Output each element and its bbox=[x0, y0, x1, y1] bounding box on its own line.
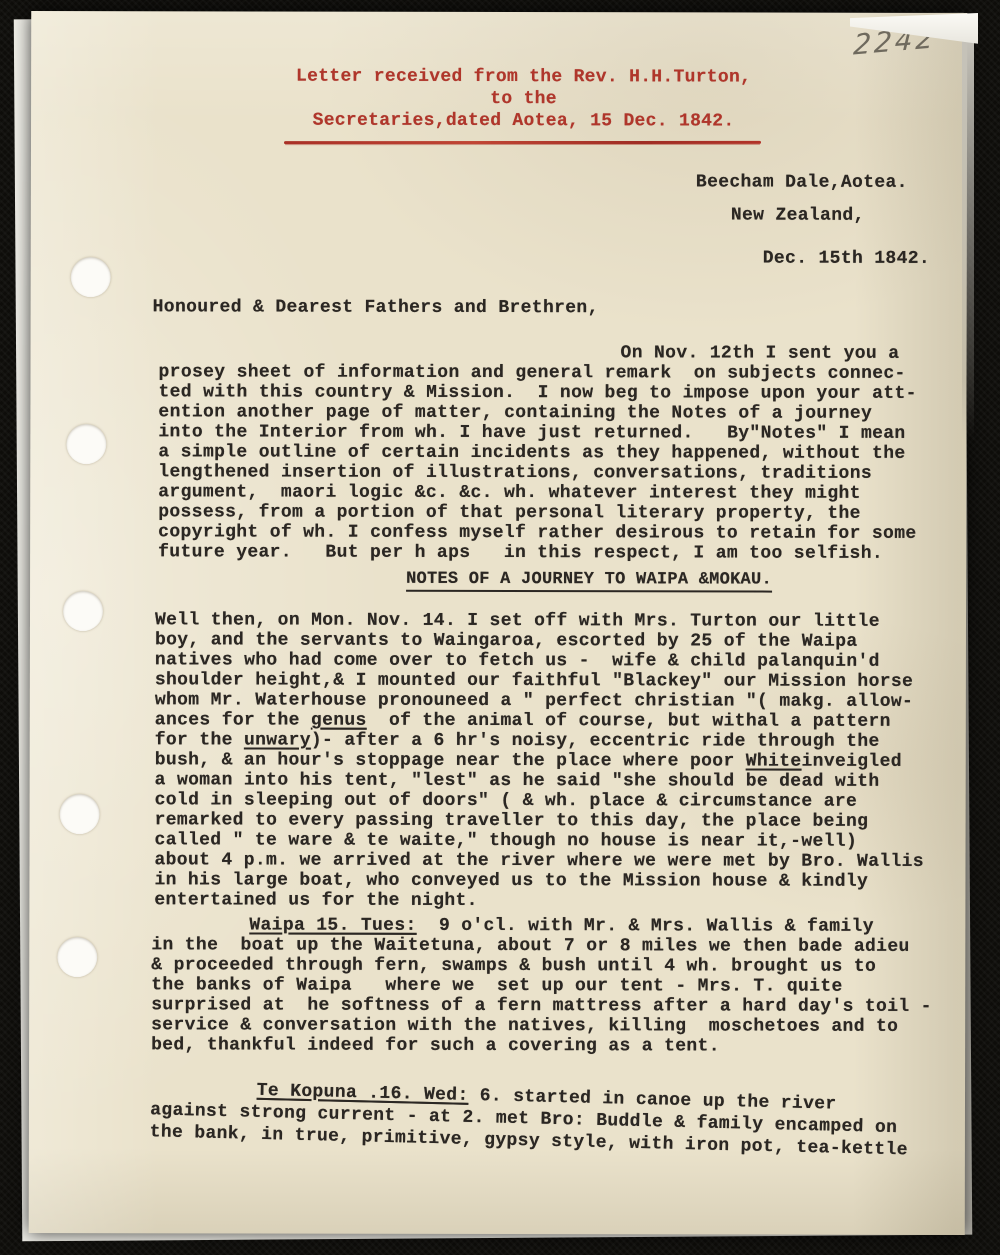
text-segment: possess, from a portion of that personal… bbox=[158, 502, 861, 523]
text-segment: whom Mr. Waterhouse pronouneed a " perfe… bbox=[155, 690, 913, 712]
text-segment: shoulder height,& I mounted our faithful… bbox=[155, 670, 913, 692]
header-line: Secretaries,dated Aotea, 15 Dec. 1842. bbox=[131, 110, 916, 133]
text-line: future year. But per h aps in this respe… bbox=[158, 542, 916, 564]
paragraph-te-kopuna-wednesday: Te Kopuna .16. Wed: 6. started in canoe … bbox=[149, 1077, 909, 1161]
text-segment: bed, thankful indeed for such a covering… bbox=[151, 1035, 720, 1056]
text-segment: ention another page of matter, containin… bbox=[158, 402, 872, 423]
text-line: shoulder height,& I mounted our faithful… bbox=[155, 670, 925, 692]
underlined-text: White bbox=[746, 752, 802, 772]
text-segment: )- after a 6 hr's noisy, eccentric ride … bbox=[311, 731, 880, 752]
dateline-date: Dec. 15th 1842. bbox=[763, 249, 930, 269]
text-line: prosey sheet of information and general … bbox=[159, 362, 917, 384]
text-segment: remarked to every passing traveller to t… bbox=[155, 810, 869, 831]
punch-hole bbox=[57, 937, 97, 977]
text-line: Well then, on Mon. Nov. 14. I set off wi… bbox=[155, 610, 925, 632]
text-line: argument, maori logic &c. &c. wh. whatev… bbox=[158, 482, 916, 504]
letter-header: Letter received from the Rev. H.H.Turton… bbox=[131, 66, 916, 133]
letter-page: 2242 Letter received from the Rev. H.H.T… bbox=[29, 11, 968, 1235]
text-line: a woman into his tent, "lest" as he said… bbox=[155, 770, 925, 792]
paragraph-introduction: On Nov. 12th I sent you aprosey sheet of… bbox=[158, 342, 917, 564]
text-segment: a simple outline of certain incidents as… bbox=[158, 442, 905, 464]
header-rule bbox=[284, 141, 761, 144]
text-line: remarked to every passing traveller to t… bbox=[155, 810, 925, 832]
text-segment: ances for the bbox=[155, 710, 311, 730]
punch-hole bbox=[66, 424, 106, 464]
underlined-text: unwary bbox=[244, 730, 311, 750]
text-line: for the unwary)- after a 6 hr's noisy, e… bbox=[155, 730, 925, 752]
text-line: & proceeded through fern, swamps & bush … bbox=[151, 955, 932, 977]
header-line: Letter received from the Rev. H.H.Turton… bbox=[131, 66, 916, 89]
punch-hole bbox=[63, 591, 103, 631]
text-line: On Nov. 12th I sent you a bbox=[159, 342, 917, 364]
text-line: in his large boat, who conveyed us to th… bbox=[154, 870, 924, 892]
text-segment: about 4 p.m. we arrived at the river whe… bbox=[154, 850, 924, 872]
text-segment: cold in sleeping out of doors" ( & wh. p… bbox=[155, 790, 858, 811]
text-line: into the Interior from wh. I have just r… bbox=[158, 422, 916, 444]
text-line: copyright of wh. I confess myself rather… bbox=[158, 522, 916, 544]
text-line: ances for the genus of the animal of cou… bbox=[155, 710, 925, 732]
punch-hole bbox=[71, 257, 111, 297]
text-line: whom Mr. Waterhouse pronouneed a " perfe… bbox=[155, 690, 925, 712]
text-line: surprised at he softness of a fern mattr… bbox=[151, 995, 932, 1017]
header-line: to the bbox=[131, 88, 916, 111]
punch-hole bbox=[60, 794, 100, 834]
text-segment: the banks of Waipa where we set up our t… bbox=[151, 975, 842, 996]
text-segment: bush, & an hour's stoppage near the plac… bbox=[155, 750, 746, 771]
text-segment: & proceeded through fern, swamps & bush … bbox=[151, 955, 876, 977]
text-line: the banks of Waipa where we set up our t… bbox=[151, 975, 932, 997]
text-segment: in the boat up the Waitetuna, about 7 or… bbox=[151, 935, 909, 957]
text-line: called " te ware & te waite," though no … bbox=[155, 830, 925, 852]
text-line: boy, and the servants to Waingaroa, esco… bbox=[155, 630, 925, 652]
text-line: Waipa 15. Tues: 9 o'cl. with Mr. & Mrs. … bbox=[151, 915, 932, 937]
text-segment: 9 o'cl. with Mr. & Mrs. Wallis & family bbox=[417, 916, 874, 937]
text-line: entertained us for the night. bbox=[154, 890, 924, 912]
text-segment: of the animal of course, but withal a pa… bbox=[367, 711, 891, 732]
text-segment: called " te ware & te waite," though no … bbox=[155, 830, 858, 851]
text-segment: service & conversation with the natives,… bbox=[151, 1015, 898, 1037]
salutation: Honoured & Dearest Fathers and Brethren, bbox=[153, 297, 599, 318]
text-segment: surprised at he softness of a fern mattr… bbox=[151, 995, 932, 1017]
section-heading: NOTES OF A JOURNEY TO WAIPA &MOKAU. bbox=[406, 570, 772, 593]
text-segment: prosey sheet of information and general … bbox=[159, 362, 906, 384]
text-line: service & conversation with the natives,… bbox=[151, 1015, 932, 1037]
text-line: possess, from a portion of that personal… bbox=[158, 502, 916, 524]
text-segment: On Nov. 12th I sent you a bbox=[621, 343, 900, 364]
text-segment: argument, maori logic &c. &c. wh. whatev… bbox=[158, 482, 861, 503]
text-line: natives who had come over to fetch us - … bbox=[155, 650, 925, 672]
text-line: ention another page of matter, containin… bbox=[158, 402, 916, 424]
text-segment: future year. But per h aps in this respe… bbox=[158, 542, 883, 564]
paragraph-journey-start: Well then, on Mon. Nov. 14. I set off wi… bbox=[154, 610, 924, 912]
text-line: bush, & an hour's stoppage near the plac… bbox=[155, 750, 925, 772]
text-line: in the boat up the Waitetuna, about 7 or… bbox=[151, 935, 932, 957]
paragraph-waipa-tuesday: Waipa 15. Tues: 9 o'cl. with Mr. & Mrs. … bbox=[151, 915, 932, 1057]
text-segment: a woman into his tent, "lest" as he said… bbox=[155, 770, 880, 792]
text-segment: inveigled bbox=[802, 752, 902, 772]
text-segment: copyright of wh. I confess myself rather… bbox=[158, 522, 916, 544]
text-segment: entertained us for the night. bbox=[154, 890, 477, 911]
dateline-place: Beecham Dale,Aotea. bbox=[696, 172, 908, 192]
text-segment: ted with this country & Mission. I now b… bbox=[158, 382, 916, 404]
dateline-country: New Zealand, bbox=[731, 205, 865, 225]
text-line: bed, thankful indeed for such a covering… bbox=[151, 1035, 932, 1057]
text-segment: into the Interior from wh. I have just r… bbox=[158, 422, 905, 444]
text-segment: for the bbox=[155, 730, 244, 750]
text-line: about 4 p.m. we arrived at the river whe… bbox=[154, 850, 924, 872]
text-segment: natives who had come over to fetch us - … bbox=[155, 650, 880, 672]
text-segment: in his large boat, who conveyed us to th… bbox=[154, 870, 868, 891]
text-segment: boy, and the servants to Waingaroa, esco… bbox=[155, 630, 858, 651]
underlined-text: Waipa 15. Tues: bbox=[249, 915, 416, 935]
text-line: cold in sleeping out of doors" ( & wh. p… bbox=[155, 790, 925, 812]
text-line: lengthened insertion of illustrations, c… bbox=[158, 462, 916, 484]
text-segment: Well then, on Mon. Nov. 14. I set off wi… bbox=[155, 610, 880, 632]
text-segment: lengthened insertion of illustrations, c… bbox=[158, 462, 872, 483]
text-line: a simple outline of certain incidents as… bbox=[158, 442, 916, 464]
underlined-text: genus bbox=[311, 711, 367, 731]
backing-sheet-edge bbox=[962, 40, 974, 440]
text-line: ted with this country & Mission. I now b… bbox=[158, 382, 916, 404]
